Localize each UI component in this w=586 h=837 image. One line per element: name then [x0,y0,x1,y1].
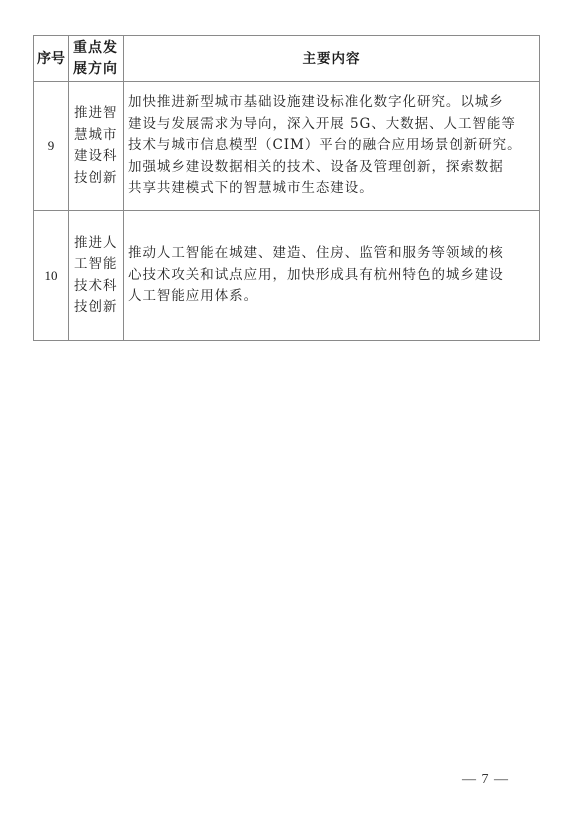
content-line: 人工智能应用体系。 [128,286,536,308]
row-content: 推动人工智能在城建、建造、住房、监管和服务等领域的核 心技术攻关和试点应用，加快… [124,211,540,341]
content-line: 建设与发展需求为导向，深入开展 5G、大数据、人工智能等 [128,114,536,136]
development-directions-table: 序号 重点发 展方向 主要内容 9 推进智 慧城市 建设科 技创新 加快推进新型… [33,35,540,341]
direction-line: 建设科 [74,146,123,168]
document-page: 序号 重点发 展方向 主要内容 9 推进智 慧城市 建设科 技创新 加快推进新型… [0,0,586,837]
page-number: — 7 — [462,772,509,788]
table-row: 10 推进人 工智能 技术科 技创新 推动人工智能在城建、建造、住房、监管和服务… [34,211,540,341]
header-content: 主要内容 [124,36,540,82]
row-index: 9 [34,82,69,211]
content-line: 加快推进新型城市基础设施建设标准化数字化研究。以城乡 [128,92,536,114]
row-content: 加快推进新型城市基础设施建设标准化数字化研究。以城乡 建设与发展需求为导向，深入… [124,82,540,211]
direction-line: 技创新 [74,297,123,319]
content-line: 加强城乡建设数据相关的技术、设备及管理创新，探索数据 [128,157,536,179]
header-direction-line: 重点发 [73,38,123,59]
direction-line: 慧城市 [74,125,123,147]
direction-line: 技创新 [74,168,123,190]
header-index: 序号 [34,36,69,82]
content-line: 共享共建模式下的智慧城市生态建设。 [128,178,536,200]
row-index: 10 [34,211,69,341]
content-line: 心技术攻关和试点应用，加快形成具有杭州特色的城乡建设 [128,265,536,287]
direction-line: 推进智 [74,103,123,125]
table-header-row: 序号 重点发 展方向 主要内容 [34,36,540,82]
row-direction: 推进智 慧城市 建设科 技创新 [69,82,124,211]
direction-line: 推进人 [74,233,123,255]
direction-line: 技术科 [74,276,123,298]
row-direction: 推进人 工智能 技术科 技创新 [69,211,124,341]
table-row: 9 推进智 慧城市 建设科 技创新 加快推进新型城市基础设施建设标准化数字化研究… [34,82,540,211]
content-line: 技术与城市信息模型（CIM）平台的融合应用场景创新研究。 [128,135,536,157]
header-direction-line: 展方向 [73,59,123,80]
content-line: 推动人工智能在城建、建造、住房、监管和服务等领域的核 [128,243,536,265]
header-direction: 重点发 展方向 [69,36,124,82]
direction-line: 工智能 [74,254,123,276]
